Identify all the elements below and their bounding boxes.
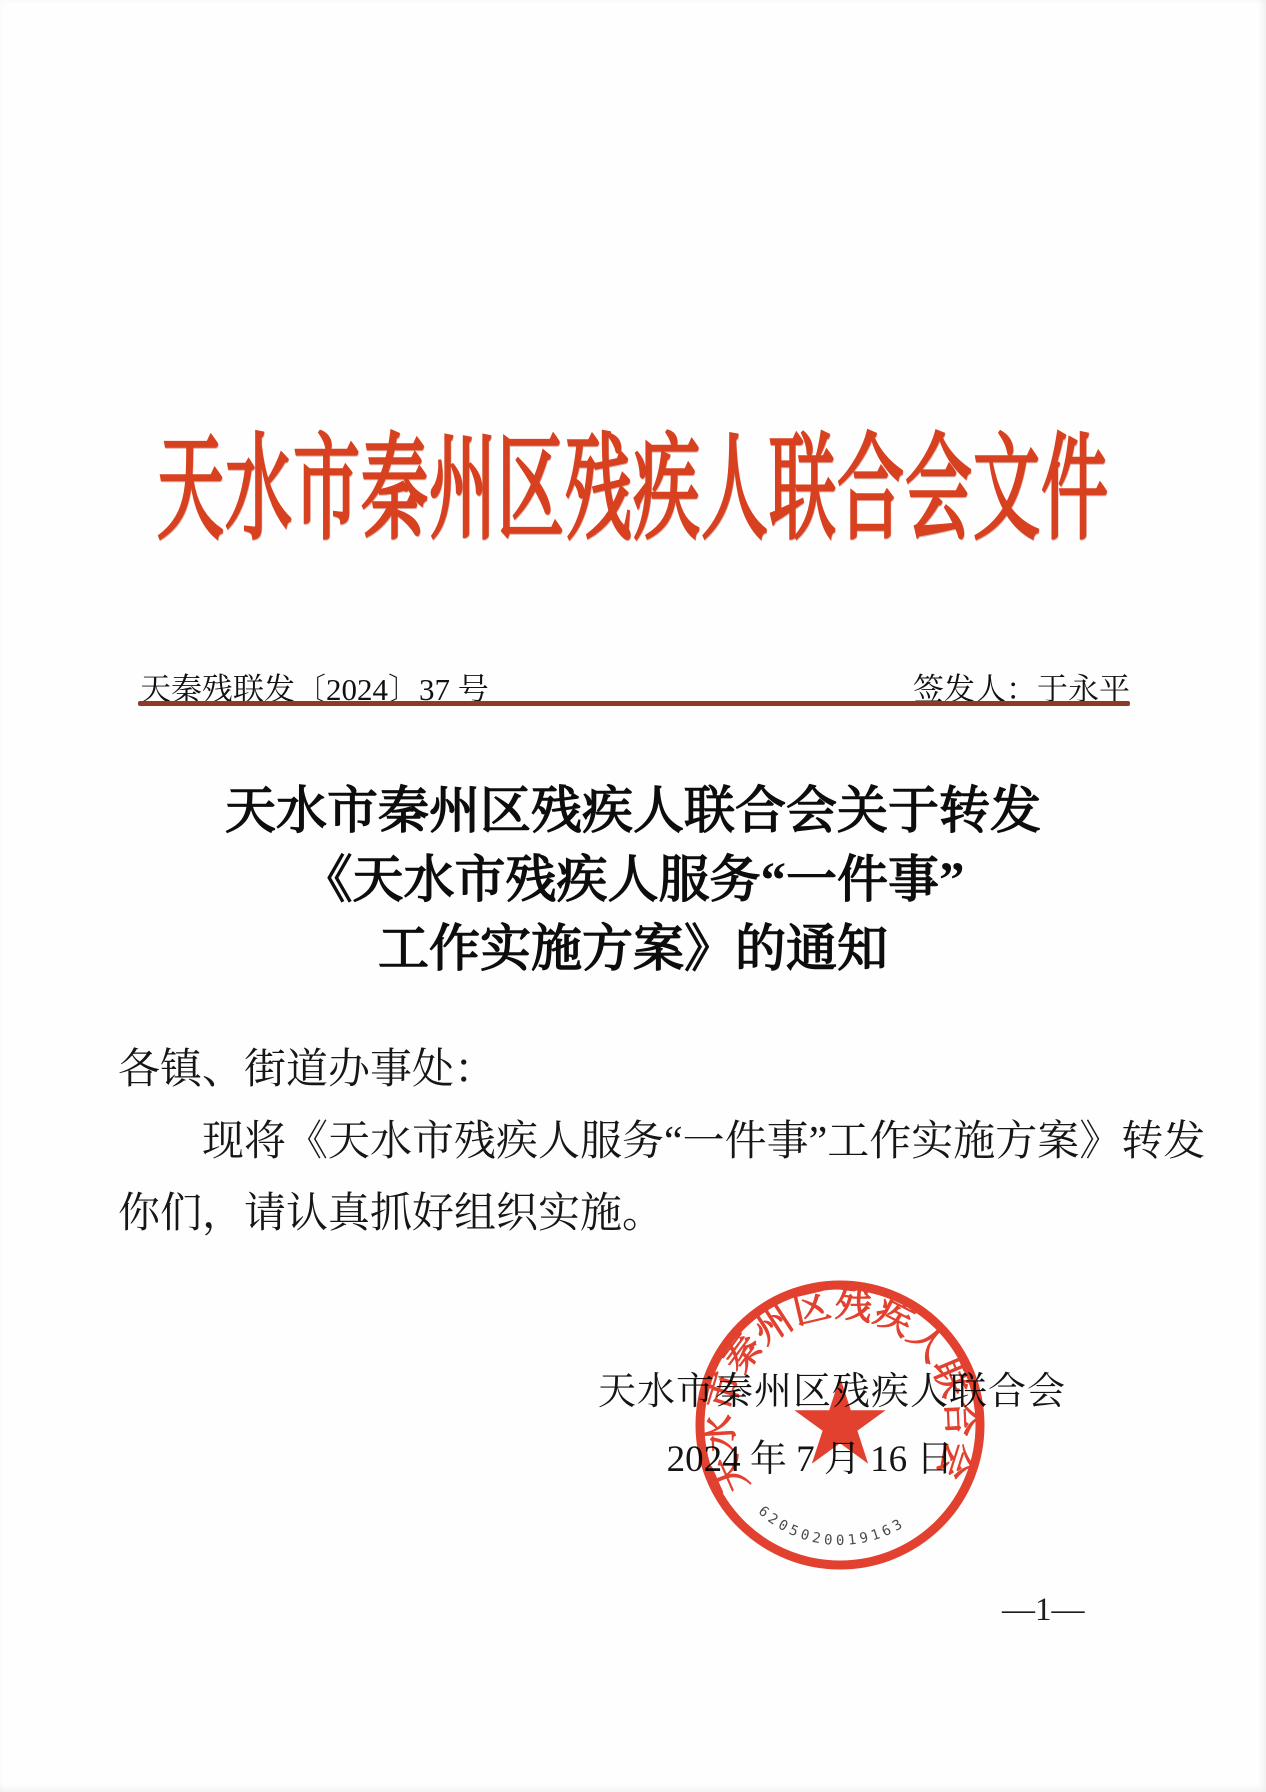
letterhead-divider <box>138 701 1130 706</box>
document-title: 天水市秦州区残疾人联合会关于转发 《天水市残疾人服务“一件事” 工作实施方案》的… <box>0 778 1266 985</box>
document-title-line-1: 天水市秦州区残疾人联合会关于转发 <box>0 778 1266 847</box>
body-paragraph-line-1: 现将《天水市残疾人服务“一件事”工作实施方案》转发 <box>118 1106 1218 1178</box>
signature-org: 天水市秦州区残疾人联合会 <box>598 1371 1066 1413</box>
page-number: —1— <box>1002 1592 1085 1629</box>
seal-ring <box>700 1285 980 1565</box>
seal-code: 6205020019163 <box>755 1503 908 1549</box>
document-page: 天水市秦州区残疾人联合会文件 天秦残联发〔2024〕37 号 签发人：于永平 天… <box>0 0 1266 1792</box>
letterhead-banner: 天水市秦州区残疾人联合会文件 <box>0 398 1266 494</box>
document-title-line-2: 《天水市残疾人服务“一件事” <box>0 847 1266 916</box>
signature-date: 2024 年 7 月 16 日 <box>640 1440 980 1480</box>
salutation: 各镇、街道办事处： <box>118 1034 1218 1106</box>
svg-text:6205020019163: 6205020019163 <box>755 1503 908 1549</box>
letterhead-org-name: 天水市秦州区残疾人联合会文件 <box>157 398 1109 563</box>
document-body: 各镇、街道办事处： 现将《天水市残疾人服务“一件事”工作实施方案》转发 你们，请… <box>118 1034 1218 1250</box>
body-paragraph-line-2: 你们，请认真抓好组织实施。 <box>118 1178 1218 1250</box>
document-title-line-3: 工作实施方案》的通知 <box>0 916 1266 985</box>
official-seal-icon: 天水市秦州区残疾人联合会 6205020019163 <box>690 1275 990 1575</box>
